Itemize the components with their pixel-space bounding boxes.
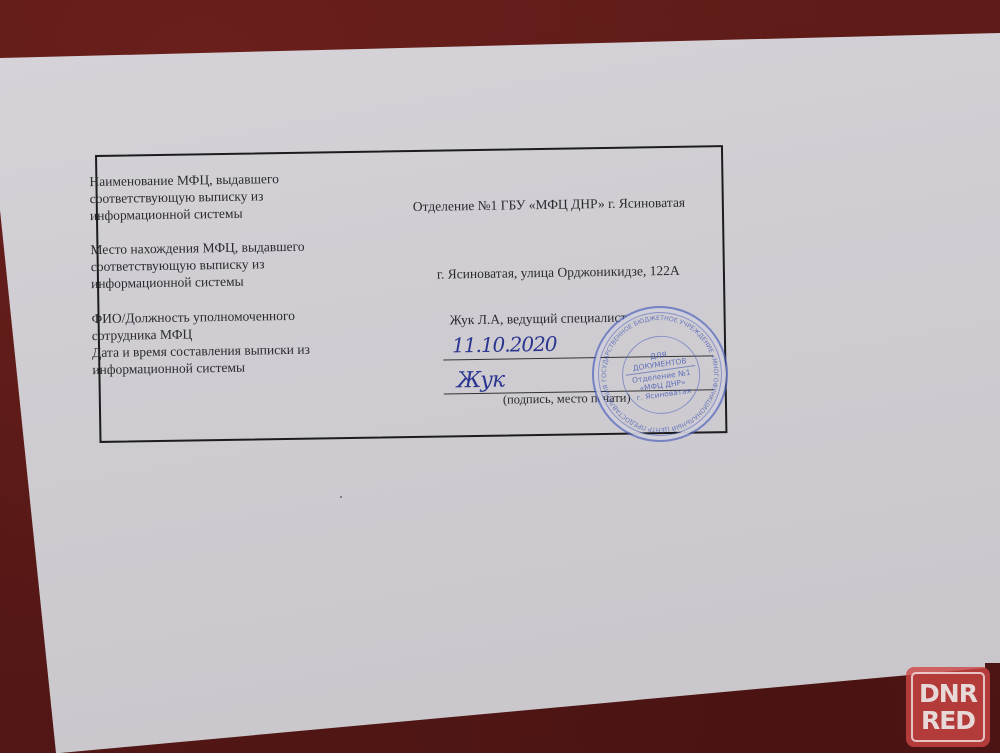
value-mfc-name: Отделение №1 ГБУ «МФЦ ДНР» г. Ясиноватая (413, 194, 685, 215)
label-mfc-name: Наименование МФЦ, выдавшего соответствую… (89, 170, 279, 224)
label-mfc-location: Место нахождения МФЦ, выдавшего соответс… (90, 238, 305, 292)
official-stamp: ГОСУДАРСТВЕННОЕ БЮДЖЕТНОЕ УЧРЕЖДЕНИЕ «МН… (583, 297, 737, 451)
label-date: Дата и время составления выписки из инфо… (92, 341, 310, 378)
signature-handwritten: Жук (456, 368, 504, 394)
watermark-line: DNR (919, 680, 977, 707)
label-employee: ФИО/Должность уполномоченного сотрудника… (91, 307, 295, 344)
paper-speck (340, 496, 342, 498)
watermark-line: RED (921, 707, 975, 734)
dnr-red-watermark-logo: DNR RED (906, 667, 990, 747)
value-mfc-location: г. Ясиноватая, улица Орджоникидзе, 122А (437, 262, 680, 283)
value-date-handwritten: 11.10.2020 (452, 332, 557, 358)
